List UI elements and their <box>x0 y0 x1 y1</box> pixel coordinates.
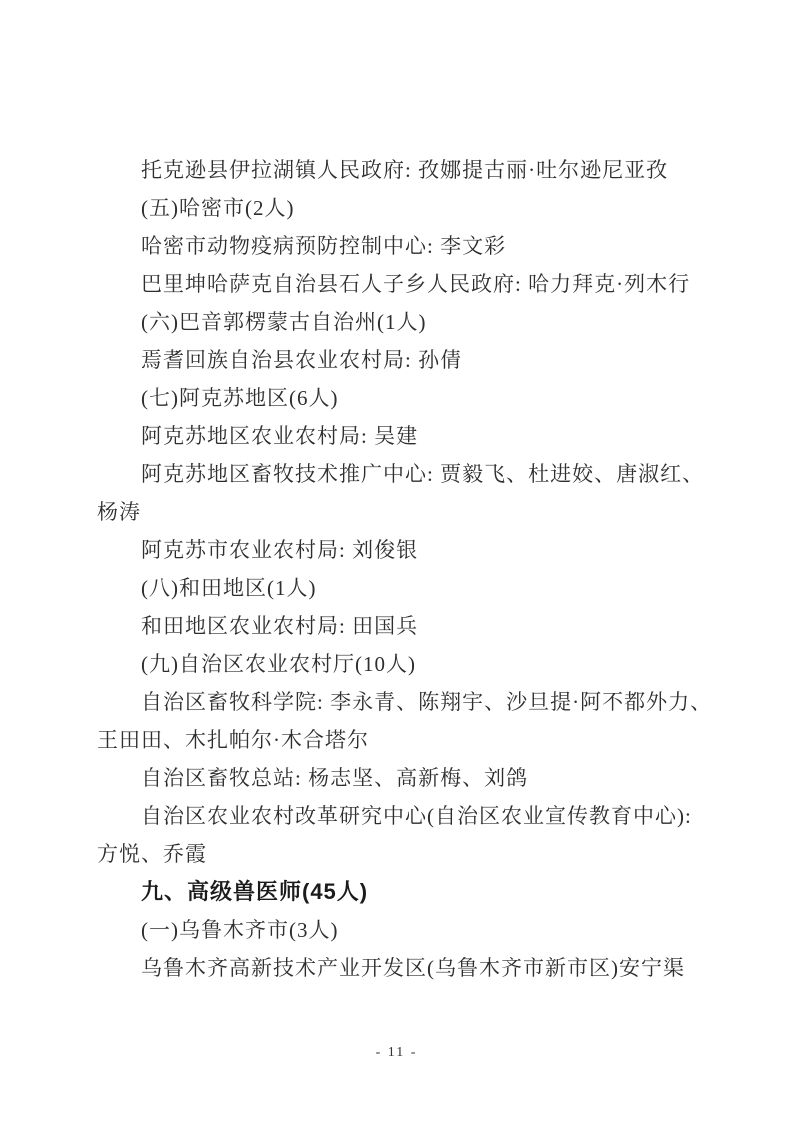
text-line: 哈密市动物疫病预防控制中心: 李文彩 <box>97 227 753 265</box>
document-body: 托克逊县伊拉湖镇人民政府: 孜娜提古丽·吐尔逊尼亚孜 (五)哈密市(2人) 哈密… <box>97 151 753 987</box>
text-line: 乌鲁木齐高新技术产业开发区(乌鲁木齐市新市区)安宁渠 <box>97 949 753 987</box>
text-line: 托克逊县伊拉湖镇人民政府: 孜娜提古丽·吐尔逊尼亚孜 <box>97 151 753 189</box>
text-line: (六)巴音郭楞蒙古自治州(1人) <box>97 303 753 341</box>
text-line: 巴里坤哈萨克自治县石人子乡人民政府: 哈力拜克·列木行 <box>97 265 753 303</box>
text-line: 和田地区农业农村局: 田国兵 <box>97 607 753 645</box>
text-line: (五)哈密市(2人) <box>97 189 753 227</box>
document-page: 托克逊县伊拉湖镇人民政府: 孜娜提古丽·吐尔逊尼亚孜 (五)哈密市(2人) 哈密… <box>0 0 793 1121</box>
text-line: (七)阿克苏地区(6人) <box>97 379 753 417</box>
text-line: 自治区畜牧总站: 杨志坚、高新梅、刘鸽 <box>97 759 753 797</box>
text-line: (一)乌鲁木齐市(3人) <box>97 911 753 949</box>
text-line: (八)和田地区(1人) <box>97 569 753 607</box>
text-line: 自治区畜牧科学院: 李永青、陈翔宇、沙旦提·阿不都外力、 <box>97 683 753 721</box>
text-line: 阿克苏地区畜牧技术推广中心: 贾毅飞、杜进姣、唐淑红、 <box>97 455 753 493</box>
text-line: 阿克苏地区农业农村局: 吴建 <box>97 417 753 455</box>
text-line: 焉耆回族自治县农业农村局: 孙倩 <box>97 341 753 379</box>
text-line-continuation: 方悦、乔霞 <box>97 835 753 873</box>
text-line-continuation: 杨涛 <box>97 493 753 531</box>
page-number: - 11 - <box>0 1041 793 1065</box>
section-heading: 九、高级兽医师(45人) <box>97 873 753 911</box>
text-line: 自治区农业农村改革研究中心(自治区农业宣传教育中心): <box>97 797 753 835</box>
text-line: (九)自治区农业农村厅(10人) <box>97 645 753 683</box>
text-line: 阿克苏市农业农村局: 刘俊银 <box>97 531 753 569</box>
text-line-continuation: 王田田、木扎帕尔·木合塔尔 <box>97 721 753 759</box>
